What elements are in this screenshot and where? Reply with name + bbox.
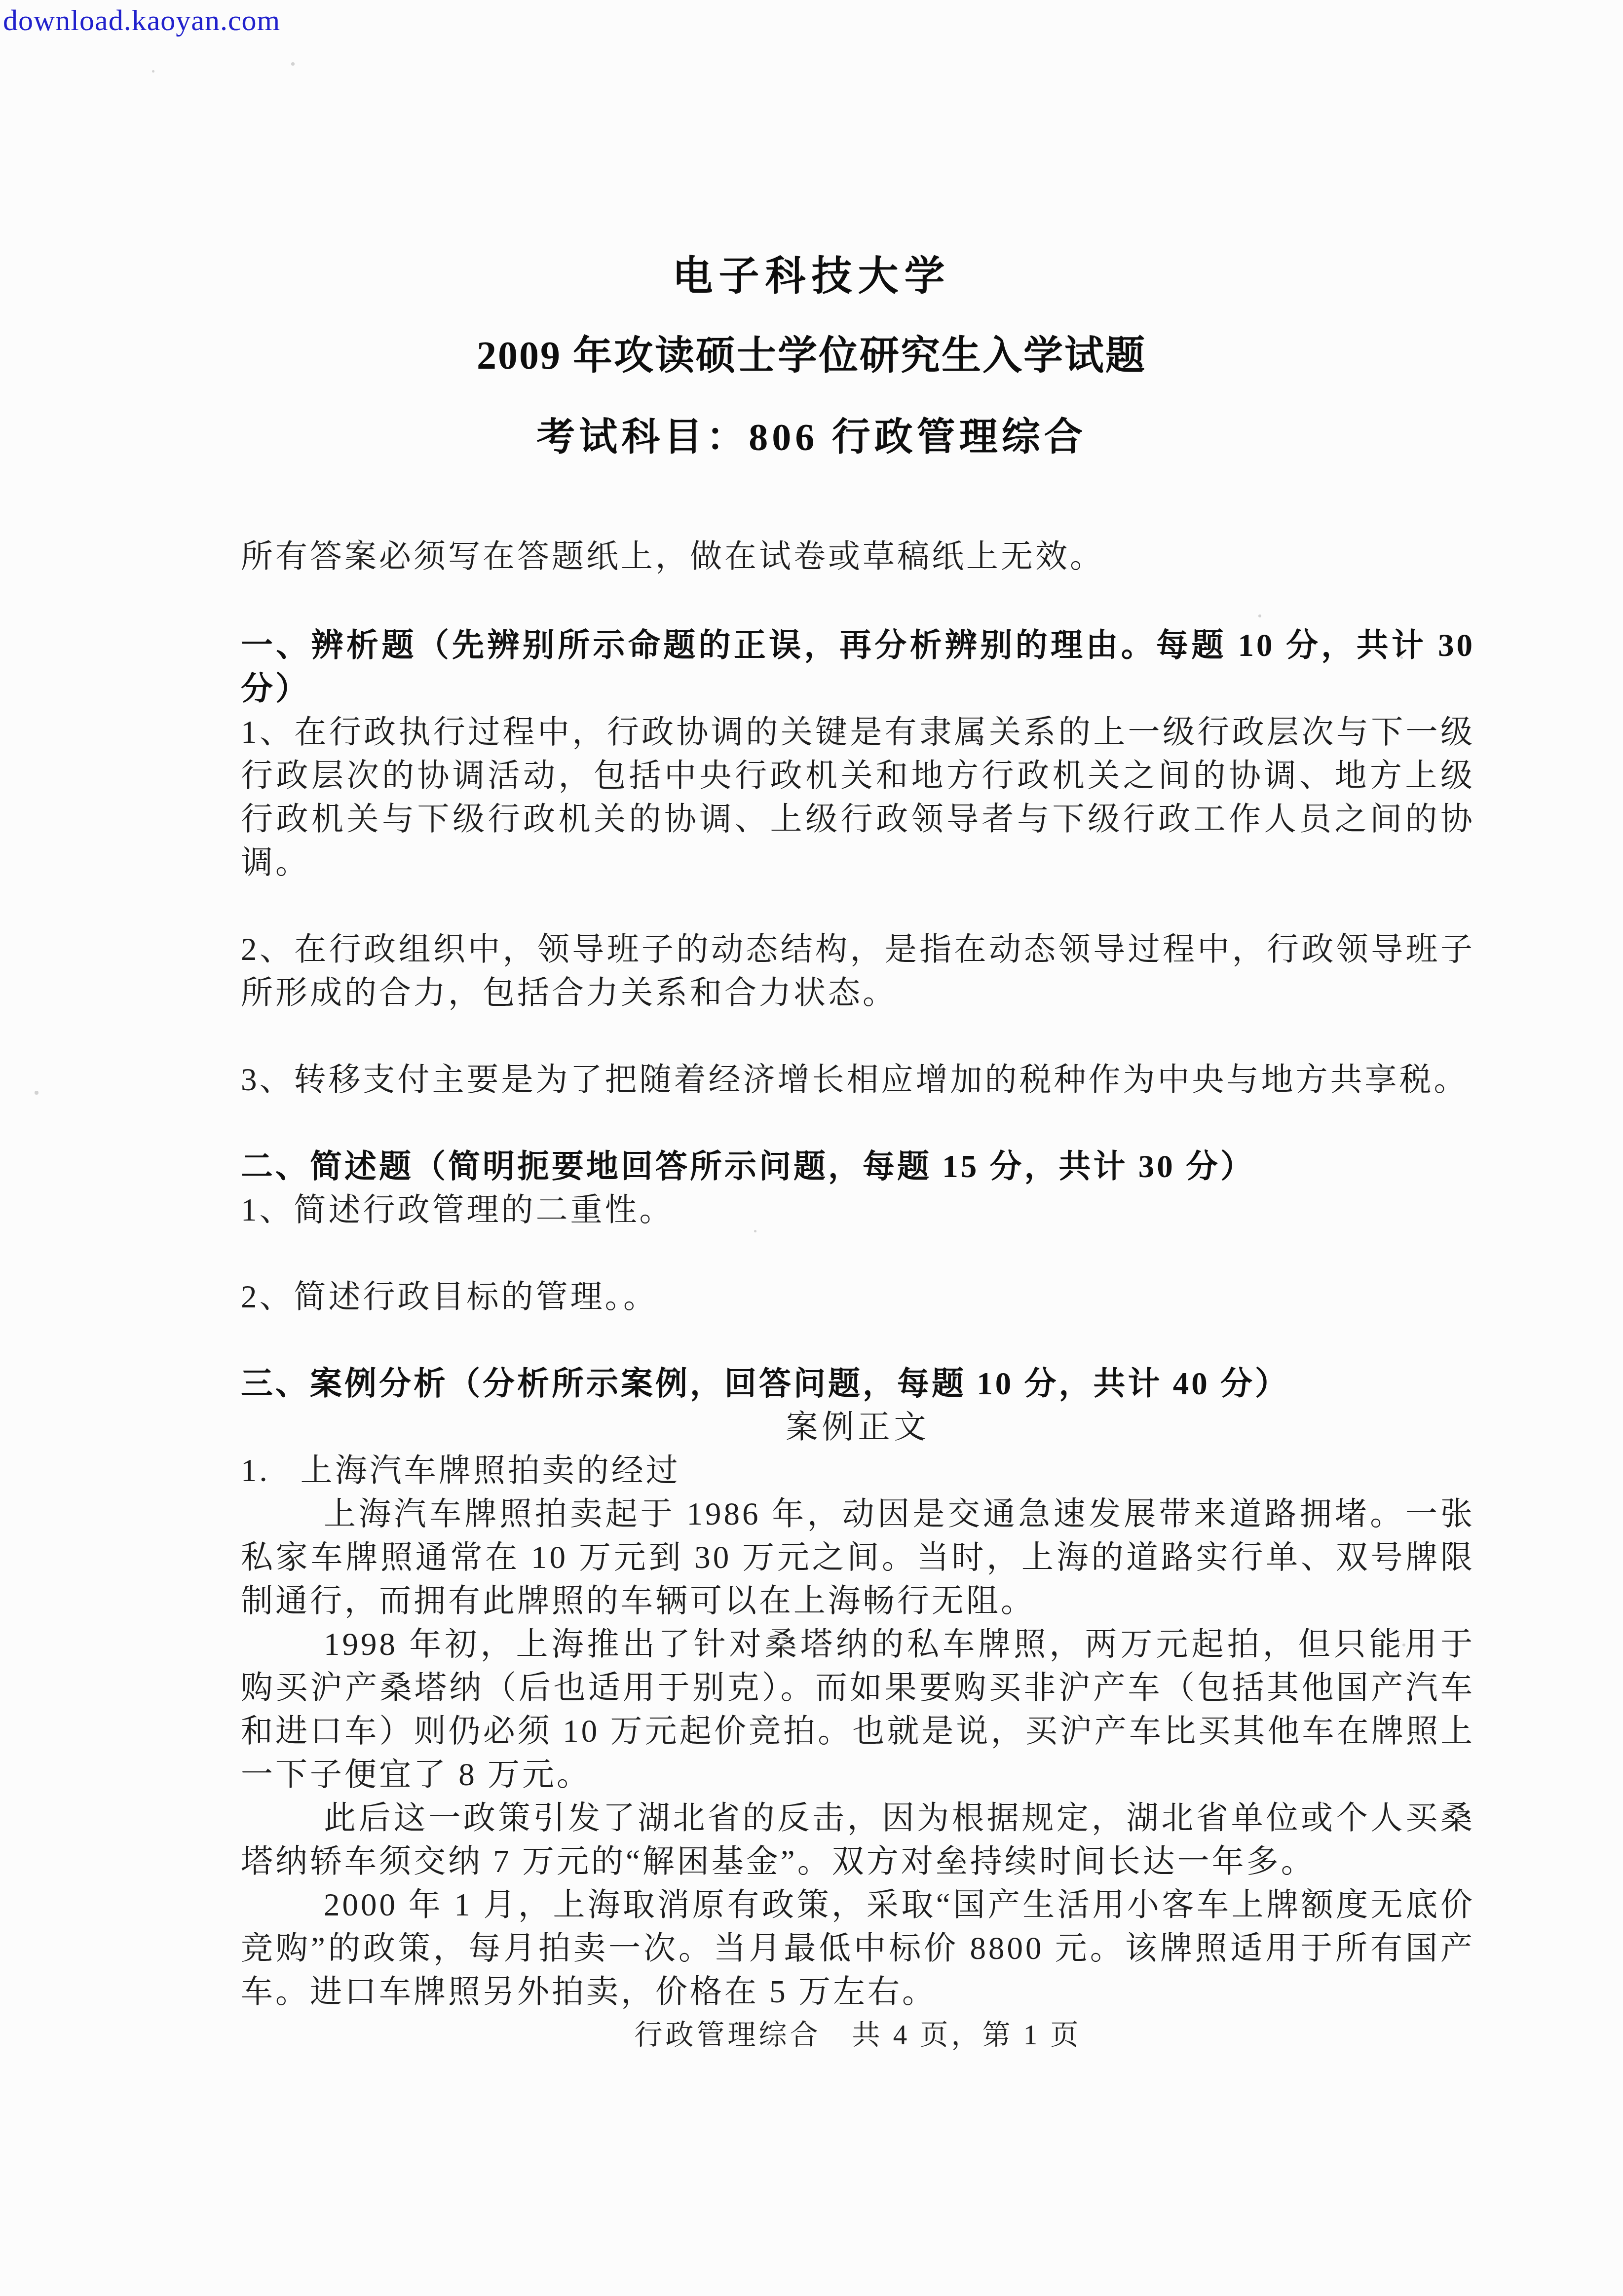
case-title-line: 1.上海汽车牌照拍卖的经过 xyxy=(241,1449,1475,1492)
case-paragraph-3: 此后这一政策引发了湖北省的反击，因为根据规定，湖北省单位或个人买桑塔纳轿车须交纳… xyxy=(241,1797,1475,1883)
section2-item-1: 1、简述行政管理的二重性。 xyxy=(241,1188,1475,1232)
scan-speck xyxy=(1400,656,1403,659)
page-footer: 行政管理综合 共 4 页，第 1 页 xyxy=(241,2014,1475,2057)
exam-paper-page: download.kaoyan.com 电子科技大学 2009 年攻读硕士学位研… xyxy=(0,0,1623,2296)
case-paragraph-2: 1998 年初，上海推出了针对桑塔纳的私车牌照，两万元起拍，但只能用于购买沪产桑… xyxy=(241,1623,1475,1797)
section2-item-2: 2、简述行政目标的管理。。 xyxy=(241,1275,1475,1319)
scan-speck xyxy=(35,1091,38,1095)
scan-speck xyxy=(291,62,295,66)
scan-speck xyxy=(152,70,154,73)
subject-line: 考试科目：806 行政管理综合 xyxy=(0,416,1623,459)
exam-header: 电子科技大学 2009 年攻读硕士学位研究生入学试题 考试科目：806 行政管理… xyxy=(0,0,1623,459)
university-title: 电子科技大学 xyxy=(0,254,1623,299)
case-body-label: 案例正文 xyxy=(241,1406,1475,1449)
watermark-text: download.kaoyan.com xyxy=(3,4,280,37)
case-number: 1. xyxy=(241,1449,270,1492)
exam-title: 2009 年攻读硕士学位研究生入学试题 xyxy=(0,334,1623,378)
answer-notice: 所有答案必须写在答题纸上，做在试卷或草稿纸上无效。 xyxy=(241,535,1475,578)
section3-heading: 三、案例分析（分析所示案例，回答问题，每题 10 分，共计 40 分） xyxy=(241,1362,1475,1406)
section1-item-2: 2、在行政组织中，领导班子的动态结构，是指在动态领导过程中，行政领导班子所形成的… xyxy=(241,928,1475,1015)
exam-body: 所有答案必须写在答题纸上，做在试卷或草稿纸上无效。 一、辨析题（先辨别所示命题的… xyxy=(241,535,1475,2057)
section1-item-3: 3、转移支付主要是为了把随着经济增长相应增加的税种作为中央与地方共享税。 xyxy=(241,1058,1475,1102)
case-paragraph-4: 2000 年 1 月，上海取消原有政策，采取“国产生活用小客车上牌额度无底价竞购… xyxy=(241,1883,1475,2014)
case-paragraph-1: 上海汽车牌照拍卖起于 1986 年，动因是交通急速发展带来道路拥堵。一张私家车牌… xyxy=(241,1492,1475,1623)
case-title-text: 上海汽车牌照拍卖的经过 xyxy=(301,1453,680,1489)
section2-heading: 二、简述题（简明扼要地回答所示问题，每题 15 分，共计 30 分） xyxy=(241,1145,1475,1188)
section1-heading: 一、辨析题（先辨别所示命题的正误，再分析辨别的理由。每题 10 分，共计 30 … xyxy=(241,624,1475,711)
scan-speck xyxy=(1258,614,1261,617)
scan-speck xyxy=(1402,1644,1405,1646)
scan-speck xyxy=(754,1230,756,1232)
section1-item-1: 1、在行政执行过程中，行政协调的关键是有隶属关系的上一级行政层次与下一级行政层次… xyxy=(241,711,1475,884)
